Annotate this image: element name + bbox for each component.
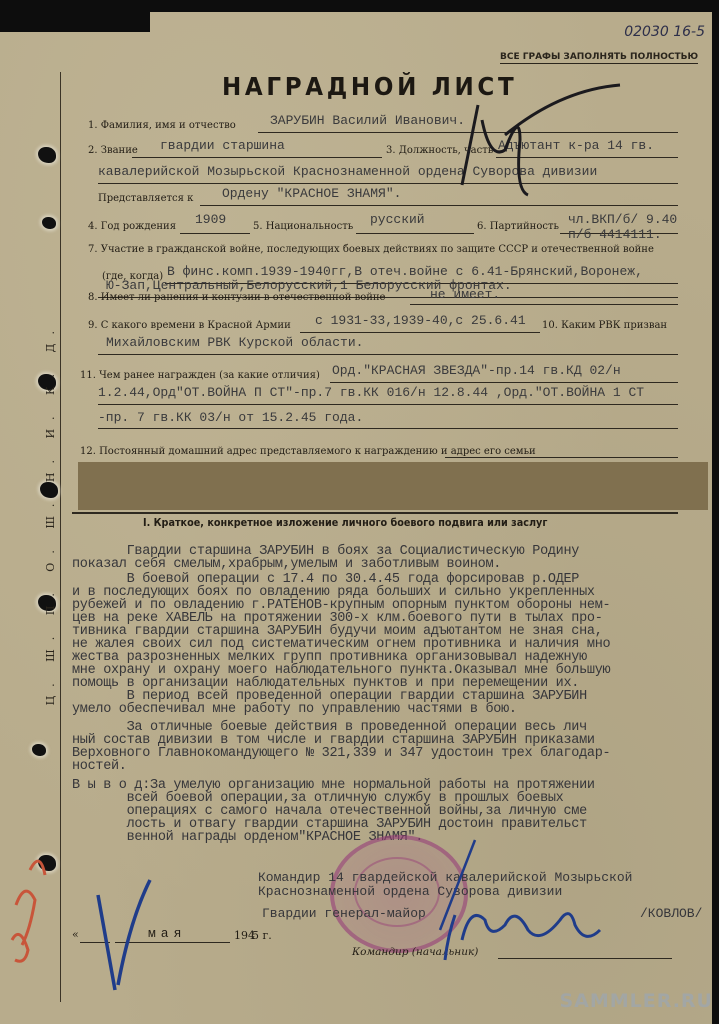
- merit-line: ностей.: [72, 760, 717, 773]
- commander-label: Командир (начальник): [352, 946, 478, 958]
- field-3-underline: [496, 157, 678, 158]
- instruction-note: ВСЕ ГРАФЫ ЗАПОЛНЯТЬ ПОЛНОСТЬЮ: [500, 52, 698, 64]
- field-6-value-cont: п/б 4414111.: [568, 227, 662, 242]
- date-quote: «: [72, 928, 79, 941]
- field-7-value: В финс.комп.1939-1940гг,В отеч.войне с 6…: [167, 264, 643, 279]
- field-11-value-3: -пр. 7 гв.КК 03/н от 15.2.45 года.: [98, 410, 363, 425]
- margin-line: [60, 72, 61, 1002]
- page-title: НАГРАДНОЙ ЛИСТ: [222, 72, 517, 101]
- date-month-underline: [115, 942, 230, 943]
- field-1-value: ЗАРУБИН Василий Иванович.: [270, 113, 465, 128]
- field-4-underline: [180, 233, 250, 234]
- field-2-value: гвардии старшина: [160, 138, 285, 153]
- field-1-label: 1. Фамилия, имя и отчество: [88, 120, 236, 131]
- section-heading: I. Краткое, конкретное изложение личного…: [143, 517, 547, 529]
- presented-underline: [200, 205, 678, 206]
- field-11-underline-3: [98, 428, 678, 429]
- field-8-value: не имеет.: [430, 287, 500, 302]
- field-1-underline: [258, 132, 678, 133]
- presented-value: Ордену "КРАСНОЕ ЗНАМЯ".: [222, 186, 401, 201]
- field-11-underline: [330, 382, 678, 383]
- field-4-label: 4. Год рождения: [88, 221, 176, 232]
- field-3-underline-2: [98, 183, 678, 184]
- section-divider: [72, 512, 678, 514]
- field-11-value: Орд."КРАСНАЯ ЗВЕЗДА"-пр.14 гв.КД 02/н: [332, 363, 621, 378]
- archive-number: 02030 16-5: [624, 24, 705, 40]
- binding-hole: [38, 855, 56, 871]
- field-9-value: с 1931-33,1939-40,с 25.6.41: [315, 313, 526, 328]
- field-8-underline: [410, 304, 678, 305]
- field-10-label: 10. Каким РВК призван: [542, 320, 667, 331]
- merit-description: Гвардии старшина ЗАРУБИН в боях за Социа…: [72, 545, 717, 844]
- field-10-underline: [98, 354, 678, 355]
- field-5-label: 5. Национальность: [253, 221, 353, 232]
- field-3-value: Адъютант к-ра 14 гв.: [498, 138, 654, 153]
- field-3-value-cont: кавалерийской Мозырьской Краснознаменной…: [98, 164, 597, 179]
- field-12-underline: [445, 457, 678, 458]
- field-6-label: 6. Партийность: [477, 221, 559, 232]
- merit-line: Верховного Главнокомандующего № 321,339 …: [72, 747, 717, 760]
- date-month: мая: [148, 926, 186, 941]
- commander-line-2: Краснознаменной ордена Суворова дивизии: [258, 884, 562, 899]
- paper-torn-edge: [0, 12, 150, 32]
- field-4-value: 1909: [195, 212, 226, 227]
- binding-hole: [32, 744, 46, 756]
- field-8-label: 8. Имеет ли ранения и контузии в отечест…: [88, 292, 385, 303]
- field-11-value-2: 1.2.44,Орд"ОТ.ВОЙНА П СТ"-пр.7 гв.КК 016…: [98, 385, 644, 400]
- field-12-label: 12. Постоянный домашний адрес представля…: [80, 446, 536, 457]
- date-year-suffix: 5 г.: [252, 929, 272, 942]
- commander-signature-line: [498, 958, 672, 959]
- binding-hole: [38, 147, 56, 163]
- watermark: SAMMLER.RU: [559, 990, 713, 1012]
- field-3-label: 3. Должность, часть: [386, 145, 493, 156]
- merit-line: умело обеспечивал мне работу по управлен…: [72, 703, 717, 716]
- binding-hole: [42, 217, 56, 229]
- field-6-value: чл.ВКП/б/ 9.40: [568, 212, 677, 227]
- commander-line-1: Командир 14 гвардейской кавалерийской Мо…: [258, 870, 632, 885]
- field-2-underline: [132, 157, 382, 158]
- field-11-underline-2: [98, 404, 678, 405]
- redacted-address: [78, 462, 708, 510]
- field-5-underline: [356, 233, 474, 234]
- side-field-label: Ц. Ш. П. О. Ш. Н. И. К. Д.: [44, 322, 57, 705]
- field-11-label: 11. Чем ранее награжден (за какие отличи…: [80, 370, 320, 381]
- commander-name: /КОВЛОВ/: [640, 906, 702, 921]
- field-9-underline: [300, 332, 540, 333]
- date-day-underline: [80, 942, 110, 943]
- field-5-value: русский: [370, 212, 425, 227]
- presented-label: Представляется к: [98, 193, 193, 204]
- commander-rank: Гвардии генерал-майор: [262, 906, 426, 921]
- merit-line: показал себя смелым,храбрым,умелым и заб…: [72, 558, 717, 571]
- field-2-label: 2. Звание: [88, 145, 138, 156]
- field-10-value: Михайловским РВК Курской области.: [106, 335, 363, 350]
- field-7-label: 7. Участие в гражданской войне, последую…: [88, 244, 654, 255]
- field-9-label: 9. С какого времени в Красной Армии: [88, 320, 291, 331]
